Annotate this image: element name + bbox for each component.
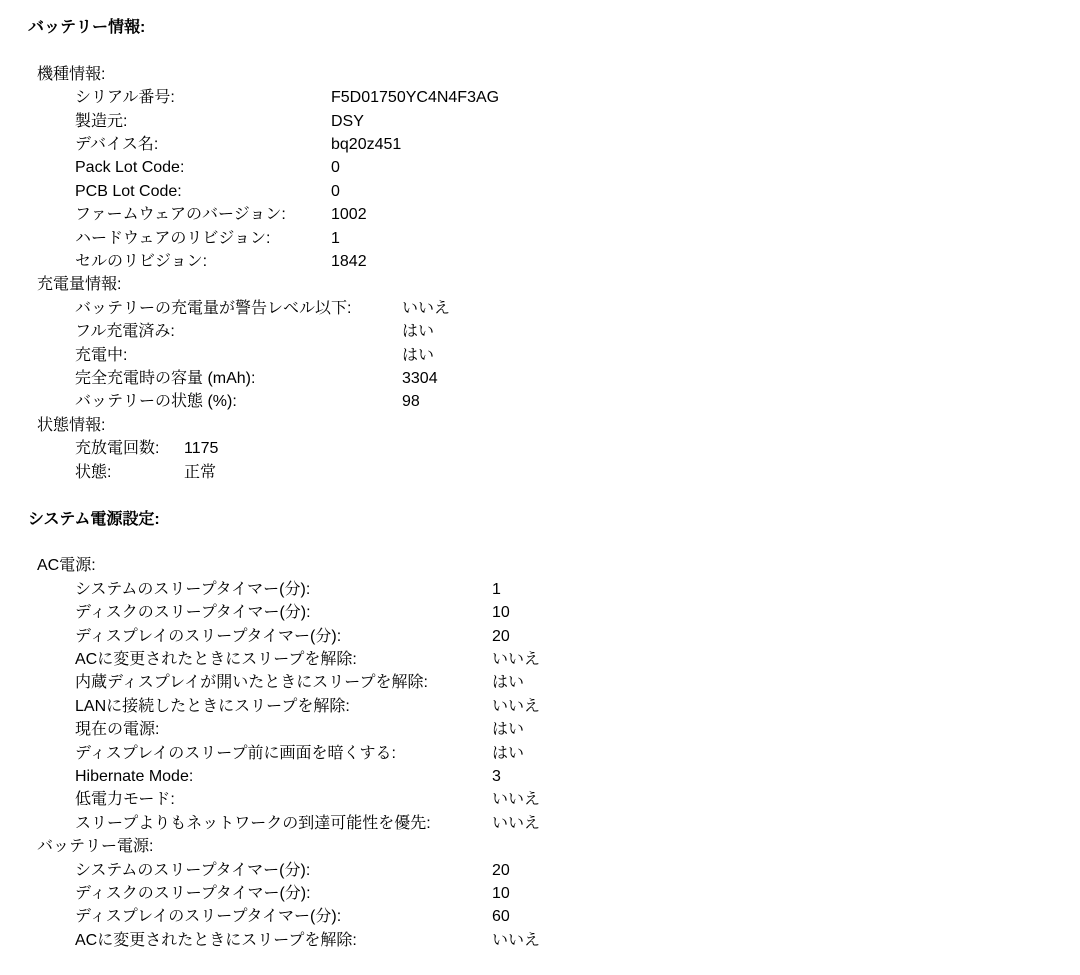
info-row: システムのスリープタイマー(分): 20 bbox=[28, 859, 1080, 882]
field-value: いいえ bbox=[492, 695, 540, 718]
info-row: デバイス名: bq20z451 bbox=[28, 133, 1080, 156]
info-row: シリアル番号: F5D01750YC4N4F3AG bbox=[28, 86, 1080, 109]
field-value: いいえ bbox=[492, 788, 540, 811]
info-row: バッテリーの状態 (%): 98 bbox=[28, 390, 1080, 413]
field-label: 状態: bbox=[75, 461, 184, 484]
field-label: バッテリーの状態 (%): bbox=[75, 390, 402, 413]
group-name-battery-power: バッテリー電源: bbox=[28, 835, 1080, 858]
group-name-charge-info: 充電量情報: bbox=[28, 273, 1080, 296]
field-value: 98 bbox=[402, 390, 420, 413]
group-model-info: 機種情報: シリアル番号: F5D01750YC4N4F3AG 製造元: DSY… bbox=[28, 63, 1080, 274]
section-title-system-power-settings: システム電源設定: bbox=[28, 508, 1080, 531]
field-label: 充放電回数: bbox=[75, 437, 184, 460]
field-value: 10 bbox=[492, 882, 510, 905]
field-label: Pack Lot Code: bbox=[75, 156, 331, 179]
field-value: 1002 bbox=[331, 203, 367, 226]
field-label: バッテリーの充電量が警告レベル以下: bbox=[75, 297, 402, 320]
section-system-power-settings: システム電源設定: AC電源: システムのスリープタイマー(分): 1 ディスク… bbox=[28, 508, 1080, 953]
field-value: bq20z451 bbox=[331, 133, 401, 156]
field-value: はい bbox=[402, 320, 434, 343]
field-label: 充電中: bbox=[75, 344, 402, 367]
field-value: はい bbox=[402, 344, 434, 367]
field-label: LANに接続したときにスリープを解除: bbox=[75, 695, 492, 718]
info-row: 低電力モード: いいえ bbox=[28, 788, 1080, 811]
field-label: システムのスリープタイマー(分): bbox=[75, 859, 492, 882]
field-value: 正常 bbox=[184, 461, 216, 484]
field-value: 1842 bbox=[331, 250, 367, 273]
info-row: ディスクのスリープタイマー(分): 10 bbox=[28, 601, 1080, 624]
field-label: 現在の電源: bbox=[75, 718, 492, 741]
field-label: ACに変更されたときにスリープを解除: bbox=[75, 929, 492, 952]
info-row: ACに変更されたときにスリープを解除: いいえ bbox=[28, 929, 1080, 952]
field-value: 3 bbox=[492, 765, 501, 788]
field-label: システムのスリープタイマー(分): bbox=[75, 578, 492, 601]
field-value: はい bbox=[492, 718, 524, 741]
info-row: Pack Lot Code: 0 bbox=[28, 156, 1080, 179]
field-label: ディスプレイのスリープタイマー(分): bbox=[75, 905, 492, 928]
info-row: 充放電回数: 1175 bbox=[28, 437, 1080, 460]
field-label: ディスクのスリープタイマー(分): bbox=[75, 882, 492, 905]
field-label: 内蔵ディスプレイが開いたときにスリープを解除: bbox=[75, 671, 492, 694]
field-value: 3304 bbox=[402, 367, 438, 390]
field-label: Hibernate Mode: bbox=[75, 765, 492, 788]
info-row: システムのスリープタイマー(分): 1 bbox=[28, 578, 1080, 601]
field-value: 0 bbox=[331, 156, 340, 179]
info-row: セルのリビジョン: 1842 bbox=[28, 250, 1080, 273]
field-value: DSY bbox=[331, 110, 364, 133]
field-label: PCB Lot Code: bbox=[75, 180, 331, 203]
field-value: いいえ bbox=[492, 648, 540, 671]
info-row: 現在の電源: はい bbox=[28, 718, 1080, 741]
field-label: ACに変更されたときにスリープを解除: bbox=[75, 648, 492, 671]
field-value: 1175 bbox=[184, 437, 218, 460]
info-row: 充電中: はい bbox=[28, 344, 1080, 367]
group-name-health-info: 状態情報: bbox=[28, 414, 1080, 437]
field-label: ディスプレイのスリープタイマー(分): bbox=[75, 625, 492, 648]
field-label: 低電力モード: bbox=[75, 788, 492, 811]
group-ac-power: AC電源: システムのスリープタイマー(分): 1 ディスクのスリープタイマー(… bbox=[28, 554, 1080, 835]
field-label: フル充電済み: bbox=[75, 320, 402, 343]
info-row: ファームウェアのバージョン: 1002 bbox=[28, 203, 1080, 226]
info-row: ACに変更されたときにスリープを解除: いいえ bbox=[28, 648, 1080, 671]
field-value: いいえ bbox=[492, 929, 540, 952]
info-row: ディスプレイのスリープタイマー(分): 60 bbox=[28, 905, 1080, 928]
system-info-power-report: バッテリー情報: 機種情報: シリアル番号: F5D01750YC4N4F3AG… bbox=[0, 0, 1080, 952]
info-row: 製造元: DSY bbox=[28, 110, 1080, 133]
group-battery-power: バッテリー電源: システムのスリープタイマー(分): 20 ディスクのスリープタ… bbox=[28, 835, 1080, 952]
info-row: スリープよりもネットワークの到達可能性を優先: いいえ bbox=[28, 812, 1080, 835]
field-value: はい bbox=[492, 671, 524, 694]
info-row: 内蔵ディスプレイが開いたときにスリープを解除: はい bbox=[28, 671, 1080, 694]
field-value: F5D01750YC4N4F3AG bbox=[331, 86, 499, 109]
field-value: はい bbox=[492, 742, 524, 765]
group-health-info: 状態情報: 充放電回数: 1175 状態: 正常 bbox=[28, 414, 1080, 484]
field-label: シリアル番号: bbox=[75, 86, 331, 109]
info-row: 完全充電時の容量 (mAh): 3304 bbox=[28, 367, 1080, 390]
info-row: ディスクのスリープタイマー(分): 10 bbox=[28, 882, 1080, 905]
info-row: 状態: 正常 bbox=[28, 461, 1080, 484]
section-battery-info: バッテリー情報: 機種情報: シリアル番号: F5D01750YC4N4F3AG… bbox=[28, 16, 1080, 484]
field-value: 10 bbox=[492, 601, 510, 624]
field-label: 製造元: bbox=[75, 110, 331, 133]
field-label: 完全充電時の容量 (mAh): bbox=[75, 367, 402, 390]
field-value: 1 bbox=[331, 227, 340, 250]
info-row: フル充電済み: はい bbox=[28, 320, 1080, 343]
field-value: 0 bbox=[331, 180, 340, 203]
field-label: ディスプレイのスリープ前に画面を暗くする: bbox=[75, 742, 492, 765]
group-name-ac-power: AC電源: bbox=[28, 554, 1080, 577]
info-row: ディスプレイのスリープタイマー(分): 20 bbox=[28, 625, 1080, 648]
group-name-model-info: 機種情報: bbox=[28, 63, 1080, 86]
field-label: セルのリビジョン: bbox=[75, 250, 331, 273]
field-label: ハードウェアのリビジョン: bbox=[75, 227, 331, 250]
info-row: PCB Lot Code: 0 bbox=[28, 180, 1080, 203]
field-value: 20 bbox=[492, 625, 510, 648]
info-row: ディスプレイのスリープ前に画面を暗くする: はい bbox=[28, 742, 1080, 765]
field-label: デバイス名: bbox=[75, 133, 331, 156]
info-row: LANに接続したときにスリープを解除: いいえ bbox=[28, 695, 1080, 718]
field-value: 1 bbox=[492, 578, 501, 601]
info-row: ハードウェアのリビジョン: 1 bbox=[28, 227, 1080, 250]
field-label: ディスクのスリープタイマー(分): bbox=[75, 601, 492, 624]
group-charge-info: 充電量情報: バッテリーの充電量が警告レベル以下: いいえ フル充電済み: はい… bbox=[28, 273, 1080, 413]
field-value: 20 bbox=[492, 859, 510, 882]
field-label: スリープよりもネットワークの到達可能性を優先: bbox=[75, 812, 492, 835]
field-value: 60 bbox=[492, 905, 510, 928]
info-row: バッテリーの充電量が警告レベル以下: いいえ bbox=[28, 297, 1080, 320]
field-value: いいえ bbox=[492, 812, 540, 835]
field-value: いいえ bbox=[402, 297, 450, 320]
info-row: Hibernate Mode: 3 bbox=[28, 765, 1080, 788]
field-label: ファームウェアのバージョン: bbox=[75, 203, 331, 226]
section-title-battery-info: バッテリー情報: bbox=[28, 16, 1080, 39]
